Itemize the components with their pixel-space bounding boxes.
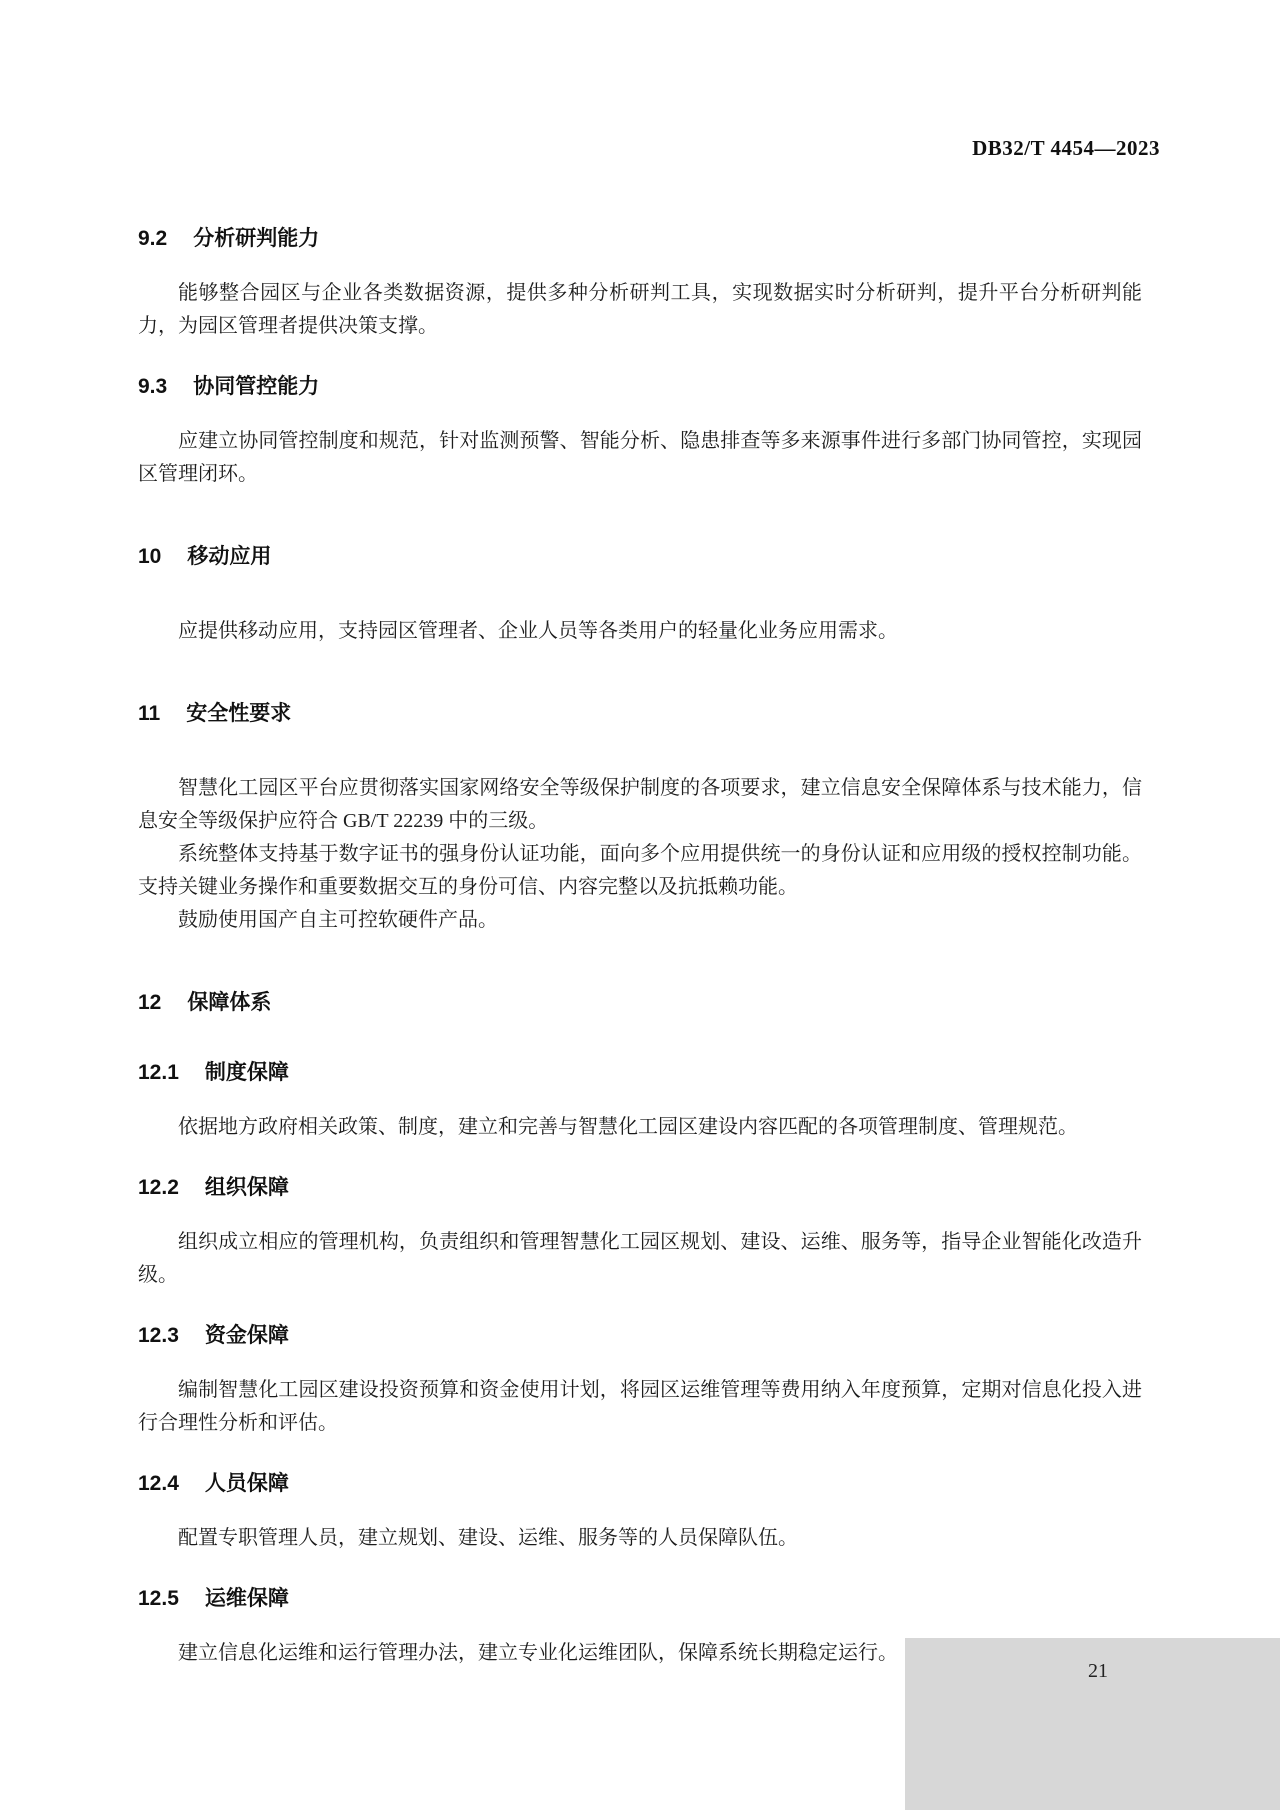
section-title: 运维保障 [205,1587,289,1610]
chapter-heading-10: 10移动应用 [138,545,1142,569]
section-heading-12-5: 12.5运维保障 [138,1587,1142,1611]
section-heading-12-1: 12.1制度保障 [138,1061,1142,1085]
paragraph: 应提供移动应用，支持园区管理者、企业人员等各类用户的轻量化业务应用需求。 [138,615,1142,648]
chapter-title: 安全性要求 [186,702,291,725]
section-heading-9-2: 9.2分析研判能力 [138,227,1142,251]
paragraph: 鼓励使用国产自主可控软硬件产品。 [138,904,1142,937]
page-number: 21 [1088,1660,1108,1683]
paragraph: 能够整合园区与企业各类数据资源，提供多种分析研判工具，实现数据实时分析研判，提升… [138,277,1142,343]
section-number: 9.3 [138,375,167,399]
paragraph: 依据地方政府相关政策、制度，建立和完善与智慧化工园区建设内容匹配的各项管理制度、… [138,1111,1142,1144]
section-number: 12.5 [138,1587,179,1611]
section-number: 12.2 [138,1176,179,1200]
section-title: 制度保障 [205,1061,289,1084]
document-page: DB32/T 4454—2023 9.2分析研判能力 能够整合园区与企业各类数据… [0,0,1280,1810]
chapter-number: 12 [138,991,161,1015]
paragraph: 应建立协同管控制度和规范，针对监测预警、智能分析、隐患排查等多来源事件进行多部门… [138,425,1142,491]
paragraph: 智慧化工园区平台应贯彻落实国家网络安全等级保护制度的各项要求，建立信息安全保障体… [138,772,1142,838]
chapter-heading-12: 12保障体系 [138,991,1142,1015]
section-title: 分析研判能力 [193,227,319,250]
paragraph: 编制智慧化工园区建设投资预算和资金使用计划，将园区运维管理等费用纳入年度预算，定… [138,1374,1142,1440]
section-number: 12.4 [138,1472,179,1496]
paragraph: 系统整体支持基于数字证书的强身份认证功能，面向多个应用提供统一的身份认证和应用级… [138,838,1142,904]
section-title: 协同管控能力 [193,375,319,398]
document-body: 9.2分析研判能力 能够整合园区与企业各类数据资源，提供多种分析研判工具，实现数… [138,0,1142,1670]
section-heading-12-3: 12.3资金保障 [138,1324,1142,1348]
paragraph: 组织成立相应的管理机构，负责组织和管理智慧化工园区规划、建设、运维、服务等，指导… [138,1226,1142,1292]
section-heading-9-3: 9.3协同管控能力 [138,375,1142,399]
section-heading-12-2: 12.2组织保障 [138,1176,1142,1200]
chapter-number: 11 [138,702,160,726]
paragraph: 配置专职管理人员，建立规划、建设、运维、服务等的人员保障队伍。 [138,1522,1142,1555]
section-title: 资金保障 [205,1324,289,1347]
chapter-heading-11: 11安全性要求 [138,702,1142,726]
section-title: 组织保障 [205,1176,289,1199]
chapter-title: 移动应用 [187,545,271,568]
section-number: 12.3 [138,1324,179,1348]
chapter-number: 10 [138,545,161,569]
section-number: 12.1 [138,1061,179,1085]
chapter-title: 保障体系 [187,991,271,1014]
section-heading-12-4: 12.4人员保障 [138,1472,1142,1496]
section-title: 人员保障 [205,1472,289,1495]
section-number: 9.2 [138,227,167,251]
